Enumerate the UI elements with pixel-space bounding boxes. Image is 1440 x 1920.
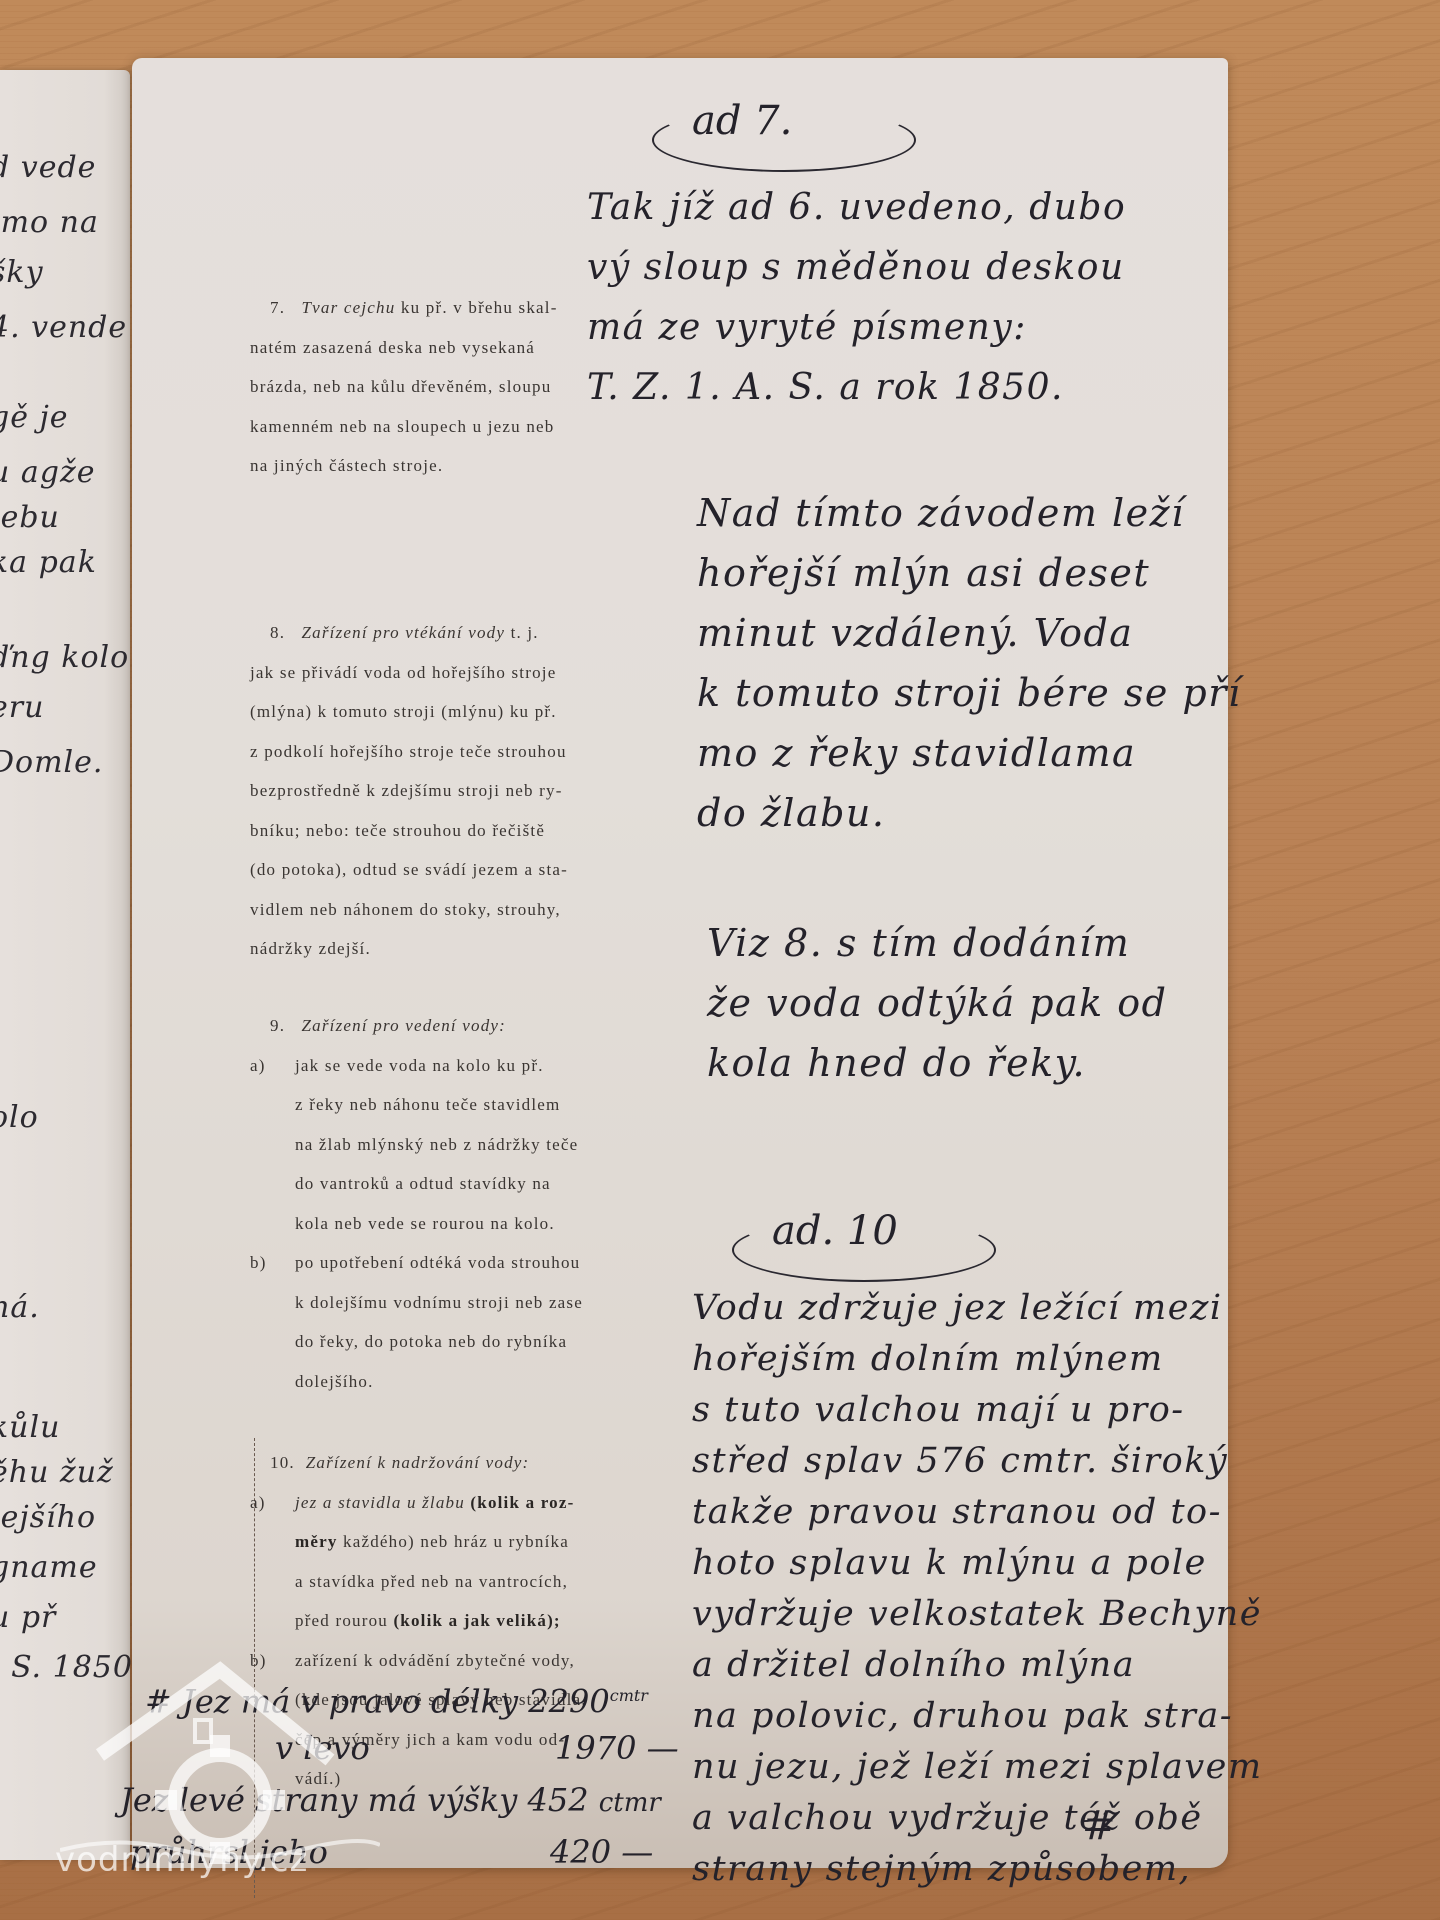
text-line: každého) neb hráz u rybníka xyxy=(343,1532,569,1551)
item-title: Tvar cejchu xyxy=(302,298,396,317)
text-line: do řeky, do potoka neb do rybníka xyxy=(295,1322,650,1362)
hand-line: minut vzdálený. Voda xyxy=(697,603,1242,663)
left-page-fragment: ka pak xyxy=(0,545,97,580)
left-page-fragment: ná. xyxy=(0,1290,40,1325)
hand-line: a valchou vydržuje též obě xyxy=(692,1793,1263,1844)
footnote-text: Jez levé strany má výšky xyxy=(120,1781,517,1819)
text-bold: (kolik a jak veliká); xyxy=(393,1611,560,1630)
left-page-fragment: . S. 1850. xyxy=(0,1650,144,1685)
list-marker: a) xyxy=(250,1483,295,1523)
text-line: (mlýna) k tomuto stroji (mlýnu) ku př. xyxy=(250,692,650,732)
hand-line: vydržuje velkostatek Bechyně xyxy=(692,1589,1263,1640)
item-9a: a) jak se vede voda na kolo ku př. z řek… xyxy=(250,1046,650,1244)
footnote-line: Jez levé strany má výšky 452 ctmr xyxy=(120,1774,661,1826)
hand-line: hořejší mlýn asi deset xyxy=(697,543,1242,603)
text-line: jak se vede voda na kolo ku př. xyxy=(295,1046,650,1086)
hand-line: takže pravou stranou od to- xyxy=(692,1487,1263,1538)
hand-line: má ze vyryté písmeny: xyxy=(587,298,1126,358)
text-line: z řeky neb náhonu teče stavidlem xyxy=(295,1085,650,1125)
text-line: k dolejšímu vodnímu stroji neb zase xyxy=(295,1283,650,1323)
item-title: Zařízení k nadržování vody: xyxy=(306,1453,530,1472)
item-8: 8. Zařízení pro vtékání vody t. j. jak s… xyxy=(250,613,650,969)
text-line: na jiných částech stroje. xyxy=(250,446,650,486)
left-page-fragment: lebu xyxy=(0,500,60,535)
left-page-fragment: gě je xyxy=(0,400,69,435)
end-hash-mark: # xyxy=(1082,1803,1116,1849)
hand-line: Viz 8. s tím dodáním xyxy=(707,913,1167,973)
text-line: po upotřebení odtéká voda strouhou xyxy=(295,1243,650,1283)
text-line: jak se přivádí voda od hořejšího stroje xyxy=(250,653,650,693)
text-line: bníku; nebo: teče strouhou do řečiště xyxy=(250,811,650,851)
item-9: 9. Zařízení pro vedení vody: a) jak se v… xyxy=(250,1006,650,1401)
handwritten-answer-10: Vodu zdržuje jez ležící mezi hořejším do… xyxy=(692,1283,1263,1895)
item-number: 9. xyxy=(270,1016,285,1035)
text-line: z podkolí hořejšího stroje teče strouhou xyxy=(250,732,650,772)
item-number: 7. xyxy=(270,298,285,317)
text-line: do vantroků a odtud stavídky na xyxy=(295,1164,650,1204)
text-line: dolejšího. xyxy=(295,1362,650,1402)
text-line: nádržky zdejší. xyxy=(250,929,650,969)
footnote-value: 452 xyxy=(527,1781,588,1819)
text-line: a stavídka před neb na vantrocích, xyxy=(295,1562,650,1602)
text-line: na žlab mlýnský neb z nádržky teče xyxy=(295,1125,650,1165)
unit-label: cmtr xyxy=(610,1686,648,1705)
left-page-fragment: gname xyxy=(0,1550,98,1585)
left-page-fragment: ďng kolo xyxy=(0,640,129,675)
hand-line: střed splav 576 cmtr. široký xyxy=(692,1436,1263,1487)
hand-line: hoto splavu k mlýnu a pole xyxy=(692,1538,1263,1589)
handwritten-answer-8: Nad tímto závodem leží hořejší mlýn asi … xyxy=(697,483,1242,843)
handwritten-answer-9: Viz 8. s tím dodáním že voda odtýká pak … xyxy=(707,913,1167,1093)
hash-mark: # xyxy=(145,1683,172,1721)
left-page-fragment: eru xyxy=(0,690,44,725)
document-page: 7. Tvar cejchu ku př. v břehu skal- naté… xyxy=(132,58,1228,1868)
left-page-fragment: olo xyxy=(0,1100,39,1135)
hand-line: Vodu zdržuje jez ležící mezi xyxy=(692,1283,1263,1334)
left-page-fragment: kůlu xyxy=(0,1410,60,1445)
text-line: kola neb vede se rourou na kolo. xyxy=(295,1204,650,1244)
footnote-line: v levo 1970 — xyxy=(145,1722,661,1774)
hand-line: hořejším dolním mlýnem xyxy=(692,1334,1263,1385)
list-marker: a) xyxy=(250,1046,295,1086)
text-line: vidlem neb náhonem do stoky, strouhy, xyxy=(250,890,650,930)
left-page-fragment: šky xyxy=(0,255,44,290)
text-bold: (kolik a roz- xyxy=(470,1493,574,1512)
hand-line: T. Z. 1. A. S. a rok 1850. xyxy=(587,358,1126,418)
left-page-fragment: d vede xyxy=(0,150,96,185)
hand-line: k tomuto stroji bére se pří xyxy=(697,663,1242,723)
text-line: t. j. xyxy=(511,623,539,642)
hand-line: s tuto valchou mají u pro- xyxy=(692,1385,1263,1436)
left-page-fragment: u př xyxy=(0,1600,56,1635)
flourish-oval xyxy=(732,1218,996,1282)
left-page-fragment: 4. vende xyxy=(0,310,127,345)
hand-line: na polovic, druhou pak stra- xyxy=(692,1691,1263,1742)
left-facing-page: d vedelmo našky4. vendegě jeu agželebuka… xyxy=(0,70,130,1860)
left-page-fragment: u agže xyxy=(0,455,96,490)
hand-line: do žlabu. xyxy=(697,783,1242,843)
item-number: 8. xyxy=(270,623,285,642)
text-line: ku př. v břehu skal- xyxy=(401,298,558,317)
hand-line: kola hned do řeky. xyxy=(707,1033,1167,1093)
item-10a: a) jez a stavidla u žlabu (kolik a roz- … xyxy=(250,1483,650,1641)
hand-line: a držitel dolního mlýna xyxy=(692,1640,1263,1691)
flourish-oval xyxy=(652,108,916,172)
text-italic: jez a stavidla u žlabu xyxy=(295,1493,465,1512)
unit-label: ctmr xyxy=(599,1788,661,1818)
handwritten-heading-ad7: ad 7. xyxy=(692,98,792,144)
text-line: (do potoka), odtud se svádí jezem a sta- xyxy=(250,850,650,890)
hand-line: Nad tímto závodem leží xyxy=(697,483,1242,543)
footnote-line: # Jez má v pravo délky 2290cmtr xyxy=(145,1670,661,1722)
left-page-fragment: lejšího xyxy=(0,1500,96,1535)
hand-line: strany stejným způsobem, xyxy=(692,1844,1263,1895)
item-9b: b) po upotřebení odtéká voda strouhou k … xyxy=(250,1243,650,1401)
list-marker: b) xyxy=(250,1243,295,1283)
hand-line: že voda odtýká pak od xyxy=(707,973,1167,1033)
watermark-text: vodnimlyny.cz xyxy=(55,1840,308,1880)
handwritten-heading-ad10: ad. 10 xyxy=(772,1208,898,1254)
hand-line: mo z řeky stavidlama xyxy=(697,723,1242,783)
left-page-fragment: Domle. xyxy=(0,745,103,780)
left-page-fragment: ěhu žuž xyxy=(0,1455,114,1490)
footnote-text: v levo xyxy=(275,1729,370,1767)
footnote-value: 1970 — xyxy=(555,1722,679,1774)
item-title: Zařízení pro vedení vody: xyxy=(302,1016,507,1035)
left-page-fragment: lmo na xyxy=(0,205,99,240)
handwritten-answer-7: Tak jíž ad 6. uvedeno, dubo vý sloup s m… xyxy=(587,178,1126,418)
text-bold: měry xyxy=(295,1532,338,1551)
text-line: před rourou xyxy=(295,1611,388,1630)
item-title: Zařízení pro vtékání vody xyxy=(302,623,506,642)
footnote-value: 420 — xyxy=(550,1826,653,1878)
hand-line: Tak jíž ad 6. uvedeno, dubo xyxy=(587,178,1126,238)
hand-line: nu jezu, jež leží mezi splavem xyxy=(692,1742,1263,1793)
footnote-text: Jez má v pravo délky 2290 xyxy=(182,1683,610,1721)
item-number: 10. xyxy=(270,1453,295,1472)
text-line: bezprostředně k zdejšímu stroji neb ry- xyxy=(250,771,650,811)
hand-line: vý sloup s mědě̌nou deskou xyxy=(587,238,1126,298)
